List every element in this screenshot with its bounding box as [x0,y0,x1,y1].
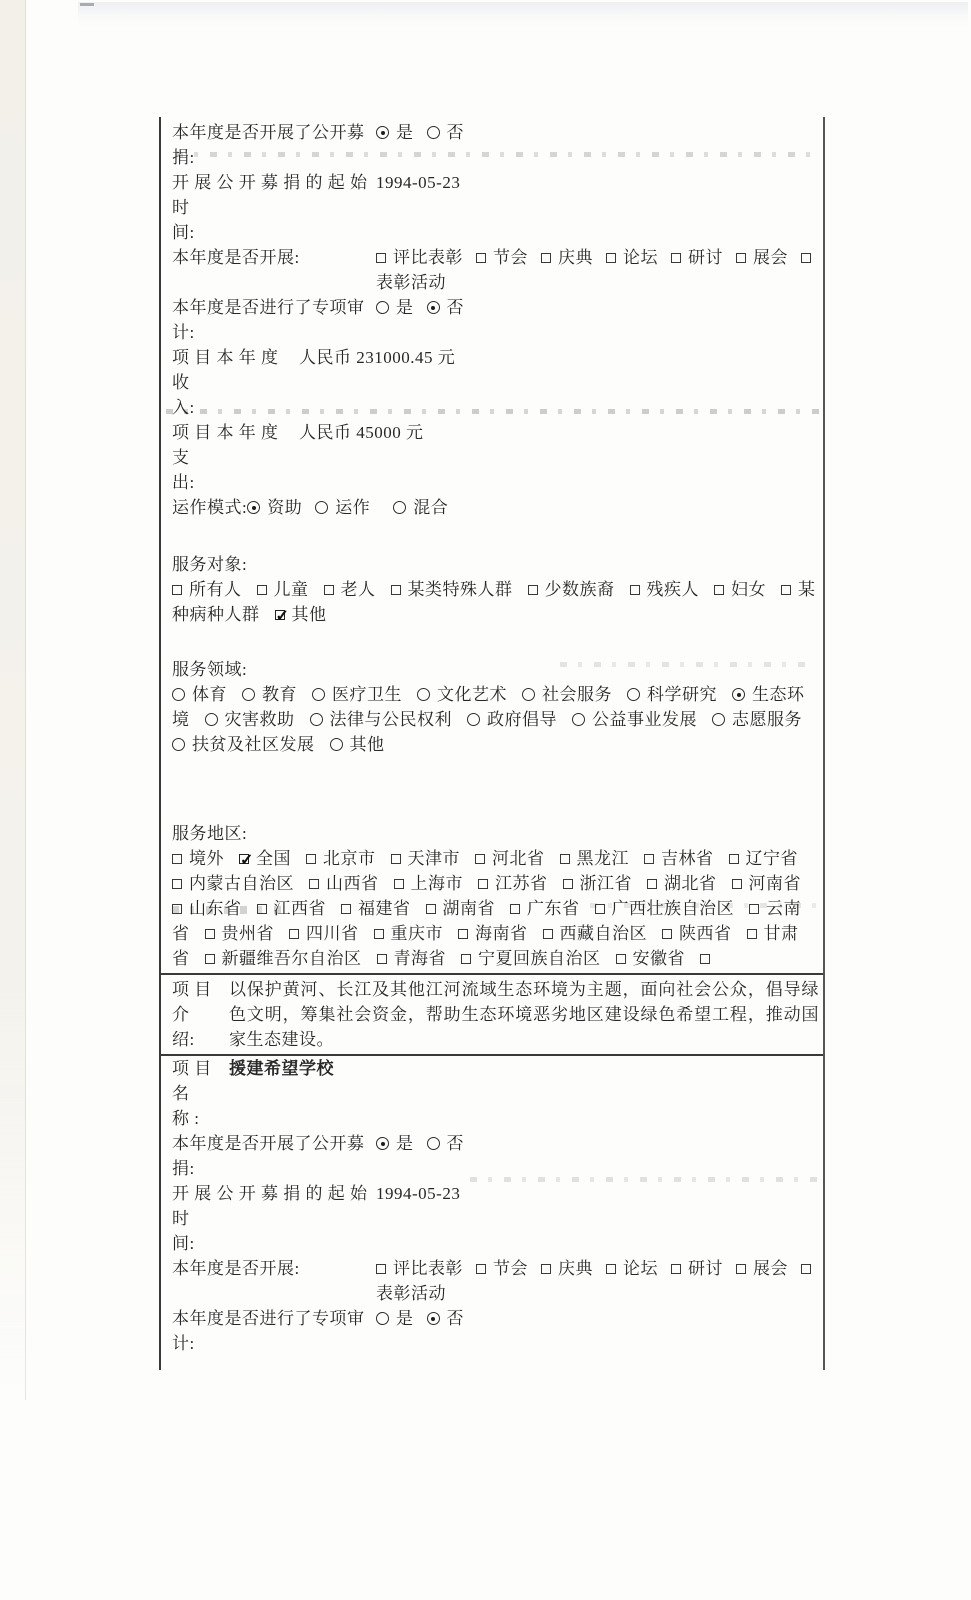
checkbox-option[interactable]: 山西省 [309,874,379,893]
public-fundraising-q1-value: 是否 [376,120,819,170]
checkbox-option[interactable]: 少数族裔 [528,580,615,599]
checkbox-icon [662,929,672,939]
checkbox-option[interactable]: 青海省 [377,949,447,968]
checkbox-icon [781,585,791,595]
checkbox-icon [478,879,488,889]
option-label: 其他 [350,735,385,754]
checkbox-icon [172,879,182,889]
option-label: 否 [447,1309,465,1328]
radio-option[interactable]: 体育 [172,685,227,704]
checkbox-icon [700,954,710,964]
checkbox-checked-icon [275,610,285,620]
option-label: 庆典 [558,1259,593,1278]
row-fundraising-start-date-2: 开 展 公 开 募 捐 的 起 始 时 间:1994-05-23 [161,1181,823,1256]
radio-option[interactable]: 混合 [393,498,448,517]
radio-checked-icon [732,688,745,701]
checkbox-icon [341,904,351,914]
option-label: 境外 [189,849,224,868]
radio-icon [310,713,323,726]
project-annual-income-label: 项 目 本 年 度 收 入: [172,345,299,420]
option-label: 是 [396,1309,414,1328]
row-project-intro: 项 目 介 绍:以保护黄河、长江及其他江河流域生态环境为主题，面向社会公众，倡导… [161,973,823,1056]
option-label: 研讨 [688,248,723,267]
annual-report-form-table: 本年度是否开展了公开募 捐:是否开 展 公 开 募 捐 的 起 始 时 间:19… [159,117,825,1370]
option-label: 某类特殊人群 [408,580,513,599]
checkbox-icon [172,585,182,595]
checkbox-icon [647,879,657,889]
option-label: 宁夏回族自治区 [478,949,601,968]
radio-option[interactable]: 政府倡导 [467,710,557,729]
radio-option[interactable]: 否 [427,1134,465,1153]
checkbox-option[interactable]: 黑龙江 [560,849,630,868]
checkbox-option[interactable]: 境外 [172,849,224,868]
service-regions-options: 境外全国北京市天津市河北省黑龙江吉林省辽宁省内蒙古自治区山西省上海市江苏省浙江省… [172,846,819,971]
checkbox-option[interactable]: 贵州省 [205,924,275,943]
option-label: 吉林省 [661,849,714,868]
option-label: 否 [447,1134,465,1153]
row-activities-carried-out-1: 本年度是否开展:评比表彰节会庆典论坛研讨展会表彰活动 [161,245,823,295]
option-label: 体育 [192,685,227,704]
radio-icon [172,738,185,751]
option-label: 社会服务 [542,685,612,704]
checkbox-option[interactable]: 论坛 [606,248,658,267]
radio-option[interactable]: 科学研究 [627,685,717,704]
option-label: 展会 [753,248,788,267]
checkbox-option[interactable]: 浙江省 [563,874,633,893]
project-intro-label: 项 目 介 绍: [172,977,229,1052]
radio-option[interactable]: 其他 [330,735,385,754]
option-label: 研讨 [688,1259,723,1278]
checkbox-option[interactable]: 安徽省 [616,949,686,968]
radio-checked-icon [427,301,440,314]
option-label: 黑龙江 [577,849,630,868]
project-annual-expense-value: 人民币 45000 元 [299,420,819,495]
radio-option[interactable]: 志愿服务 [712,710,802,729]
radio-icon [427,126,440,139]
option-label: 表彰活动 [376,1284,446,1303]
radio-option[interactable]: 运作 [315,498,370,517]
checkbox-icon [563,879,573,889]
checkbox-option[interactable]: 展会 [736,248,788,267]
option-label: 论坛 [623,248,658,267]
row-operation-mode: 运作模式:资助运作混合 [161,495,823,520]
option-label: 老人 [341,580,376,599]
checkbox-icon [541,253,551,263]
option-label: 贵州省 [222,924,275,943]
fundraising-start-date-2-text[interactable]: 1994-05-23 [376,1184,460,1203]
fundraising-start-date-1-label: 开 展 公 开 募 捐 的 起 始 时 间: [172,170,376,245]
checkbox-icon [616,954,626,964]
option-label: 四川省 [306,924,359,943]
checkbox-option[interactable]: 研讨 [671,248,723,267]
checkbox-icon [461,954,471,964]
checkbox-option[interactable]: 天津市 [391,849,461,868]
radio-option[interactable]: 资助 [247,498,302,517]
checkbox-option[interactable]: 江西省 [257,899,327,918]
checkbox-icon [324,585,334,595]
radio-checked-icon [376,126,389,139]
checkbox-option[interactable]: 辽宁省 [729,849,799,868]
option-label: 浙江省 [580,874,633,893]
fundraising-start-date-1-text[interactable]: 1994-05-23 [376,173,460,192]
checkbox-option[interactable]: 展会 [736,1259,788,1278]
checkbox-icon [560,854,570,864]
option-label: 广西壮族自治区 [612,899,735,918]
project-annual-expense-text: 人民币 45000 元 [299,423,424,442]
option-label: 天津市 [408,849,461,868]
option-label: 文化艺术 [437,685,507,704]
radio-icon [427,1137,440,1150]
option-label: 资助 [267,498,302,517]
checkbox-option[interactable] [700,949,717,968]
option-label: 江西省 [274,899,327,918]
radio-icon [417,688,430,701]
option-label: 是 [396,298,414,317]
checkbox-icon [391,585,401,595]
checkbox-option[interactable]: 新疆维吾尔自治区 [205,949,362,968]
checkbox-checked-icon [239,854,249,864]
option-label: 全国 [256,849,291,868]
option-label: 辽宁省 [746,849,799,868]
checkbox-icon [377,954,387,964]
checkbox-option[interactable]: 吉林省 [644,849,714,868]
checkbox-option[interactable]: 论坛 [606,1259,658,1278]
option-label: 节会 [493,1259,528,1278]
radio-icon [712,713,725,726]
checkbox-icon [257,585,267,595]
radio-icon [627,688,640,701]
project-intro-text: 以保护黄河、长江及其他江河流域生态环境为主题，面向社会公众，倡导绿色文明，筹集社… [229,980,819,1049]
radio-icon [330,738,343,751]
checkbox-icon [306,854,316,864]
radio-option[interactable]: 灾害救助 [205,710,295,729]
activities-carried-out-1-value: 评比表彰节会庆典论坛研讨展会表彰活动 [376,245,819,295]
radio-option[interactable]: 否 [427,298,465,317]
option-label: 论坛 [623,1259,658,1278]
option-label: 展会 [753,1259,788,1278]
radio-option[interactable]: 是 [376,1309,414,1328]
option-label: 其他 [292,605,327,624]
checkbox-icon [476,1264,486,1274]
option-label: 评比表彰 [393,248,463,267]
project-annual-income-text: 人民币 231000.45 元 [299,348,455,367]
checkbox-icon [426,904,436,914]
checkbox-icon [606,1264,616,1274]
radio-checked-icon [247,501,260,514]
checkbox-icon [376,253,386,263]
radio-option[interactable]: 否 [427,1309,465,1328]
checkbox-option[interactable]: 评比表彰 [376,1259,463,1278]
option-label: 混合 [413,498,448,517]
radio-option[interactable]: 教育 [242,685,297,704]
row-project-annual-expense: 项 目 本 年 度 支 出:人民币 45000 元 [161,420,823,495]
checkbox-icon [541,1264,551,1274]
option-label: 内蒙古自治区 [189,874,294,893]
option-label: 青海省 [394,949,447,968]
checkbox-option[interactable]: 山东省 [172,899,242,918]
option-label: 陕西省 [679,924,732,943]
checkbox-option[interactable]: 庆典 [541,1259,593,1278]
checkbox-icon [391,854,401,864]
option-label: 否 [447,298,465,317]
fundraising-start-date-2-value: 1994-05-23 [376,1181,819,1256]
row-public-fundraising-q2: 本年度是否开展了公开募 捐:是否 [161,1131,823,1181]
row-fundraising-start-date-1: 开 展 公 开 募 捐 的 起 始 时 间:1994-05-23 [161,170,823,245]
radio-icon [376,1312,389,1325]
radio-icon [522,688,535,701]
checkbox-option[interactable]: 节会 [476,248,528,267]
operation-mode-label: 运作模式: [172,498,247,517]
scan-artifact [78,2,968,28]
radio-icon [393,501,406,514]
activities-carried-out-2-label: 本年度是否开展: [172,1256,376,1306]
option-label: 北京市 [323,849,376,868]
row-public-fundraising-q1: 本年度是否开展了公开募 捐:是否 [161,120,823,170]
checkbox-icon [747,929,757,939]
checkbox-icon [801,253,811,263]
project-annual-expense-label: 项 目 本 年 度 支 出: [172,420,299,495]
checkbox-option[interactable]: 河北省 [475,849,545,868]
checkbox-option[interactable]: 上海市 [394,874,464,893]
project-name-text[interactable]: 援建希望学校 [229,1059,334,1078]
checkbox-icon [528,585,538,595]
radio-checked-icon [427,1312,440,1325]
project-name-label: 项 目 名 称 : [172,1056,229,1131]
checkbox-option[interactable]: 所有人 [172,580,242,599]
checkbox-option[interactable]: 湖南省 [426,899,496,918]
checkbox-icon [644,854,654,864]
option-label: 庆典 [558,248,593,267]
radio-option[interactable]: 公益事业发展 [572,710,697,729]
option-label: 扶贫及社区发展 [192,735,315,754]
checkbox-option[interactable]: 陕西省 [662,924,732,943]
checkbox-option[interactable]: 重庆市 [374,924,444,943]
option-label: 是 [396,123,414,142]
checkbox-icon [671,1264,681,1274]
checkbox-option[interactable]: 残疾人 [630,580,700,599]
checkbox-icon [671,253,681,263]
option-label: 节会 [493,248,528,267]
radio-icon [242,688,255,701]
checkbox-icon [595,904,605,914]
public-fundraising-q1-label: 本年度是否开展了公开募 捐: [172,120,376,170]
checkbox-option[interactable]: 庆典 [541,248,593,267]
option-label: 残疾人 [647,580,700,599]
checkbox-icon [736,253,746,263]
checkbox-option[interactable]: 其他 [275,605,327,624]
option-label: 否 [447,123,465,142]
option-label: 是 [396,1134,414,1153]
special-audit-q2-label: 本年度是否进行了专项审 计: [172,1306,376,1356]
service-targets-options: 所有人儿童老人某类特殊人群少数族裔残疾人妇女某种病种人群其他 [172,577,819,627]
radio-icon [205,713,218,726]
project-annual-income-value: 人民币 231000.45 元 [299,345,819,420]
special-audit-q1-value: 是否 [376,295,819,345]
option-label: 湖北省 [664,874,717,893]
checkbox-option[interactable]: 全国 [239,849,291,868]
option-label: 运作 [335,498,370,517]
checkbox-icon [172,904,182,914]
fundraising-start-date-2-label: 开 展 公 开 募 捐 的 起 始 时 间: [172,1181,376,1256]
option-label: 新疆维吾尔自治区 [222,949,362,968]
checkbox-icon [376,1264,386,1274]
checkbox-icon [205,929,215,939]
service-targets-label: 服务对象: [172,552,819,577]
checkbox-icon [257,904,267,914]
radio-option[interactable]: 否 [427,123,465,142]
option-label: 灾害救助 [225,710,295,729]
option-label: 政府倡导 [487,710,557,729]
option-label: 医疗卫生 [332,685,402,704]
row-service-domains: 服务领域:体育教育医疗卫生文化艺术社会服务科学研究生态环境灾害救助法律与公民权利… [161,657,823,757]
option-label: 湖南省 [443,899,496,918]
checkbox-option[interactable]: 北京市 [306,849,376,868]
checkbox-icon [374,929,384,939]
checkbox-option[interactable]: 广东省 [510,899,580,918]
row-project-name: 项 目 名 称 :援建希望学校 [161,1056,823,1131]
checkbox-icon [458,929,468,939]
fundraising-start-date-1-value: 1994-05-23 [376,170,819,245]
radio-option[interactable]: 是 [376,123,414,142]
radio-option[interactable]: 社会服务 [522,685,612,704]
row-service-targets: 服务对象:所有人儿童老人某类特殊人群少数族裔残疾人妇女某种病种人群其他 [161,552,823,627]
activities-carried-out-1-label: 本年度是否开展: [172,245,376,295]
option-label: 上海市 [411,874,464,893]
radio-option[interactable]: 是 [376,298,414,317]
checkbox-icon [476,253,486,263]
option-label: 志愿服务 [732,710,802,729]
checkbox-icon [729,854,739,864]
row-special-audit-q2: 本年度是否进行了专项审 计:是否 [161,1306,823,1356]
checkbox-option[interactable]: 某类特殊人群 [391,580,513,599]
radio-icon [376,301,389,314]
option-label: 河南省 [749,874,802,893]
checkbox-option[interactable]: 研讨 [671,1259,723,1278]
radio-icon [172,688,185,701]
checkbox-icon [736,1264,746,1274]
checkbox-option[interactable]: 广西壮族自治区 [595,899,735,918]
project-name-value: 援建希望学校 [229,1056,819,1131]
checkbox-icon [543,929,553,939]
option-label: 法律与公民权利 [330,710,453,729]
option-label: 西藏自治区 [560,924,648,943]
option-label: 海南省 [475,924,528,943]
checkbox-icon [475,854,485,864]
option-label: 所有人 [189,580,242,599]
checkbox-option[interactable]: 评比表彰 [376,248,463,267]
option-label: 山西省 [326,874,379,893]
radio-option[interactable]: 是 [376,1134,414,1153]
option-label: 表彰活动 [376,273,446,292]
service-domains-options: 体育教育医疗卫生文化艺术社会服务科学研究生态环境灾害救助法律与公民权利政府倡导公… [172,682,819,757]
scan-artifact [80,3,94,6]
radio-option[interactable]: 扶贫及社区发展 [172,735,315,754]
checkbox-option[interactable]: 儿童 [257,580,309,599]
checkbox-option[interactable]: 江苏省 [478,874,548,893]
row-project-annual-income: 项 目 本 年 度 收 入:人民币 231000.45 元 [161,345,823,420]
radio-icon [572,713,585,726]
checkbox-option[interactable]: 西藏自治区 [543,924,648,943]
radio-option[interactable]: 法律与公民权利 [310,710,453,729]
checkbox-option[interactable]: 海南省 [458,924,528,943]
radio-option[interactable]: 文化艺术 [417,685,507,704]
checkbox-icon [205,954,215,964]
checkbox-icon [172,854,182,864]
option-label: 广东省 [527,899,580,918]
checkbox-icon [309,879,319,889]
checkbox-icon [714,585,724,595]
public-fundraising-q2-value: 是否 [376,1131,819,1181]
checkbox-option[interactable]: 宁夏回族自治区 [461,949,601,968]
option-label: 教育 [262,685,297,704]
radio-icon [467,713,480,726]
project-intro-value: 以保护黄河、长江及其他江河流域生态环境为主题，面向社会公众，倡导绿色文明，筹集社… [229,977,819,1052]
checkbox-icon [749,904,759,914]
checkbox-option[interactable]: 湖北省 [647,874,717,893]
option-label: 公益事业发展 [592,710,697,729]
option-label: 妇女 [731,580,766,599]
checkbox-icon [732,879,742,889]
option-label: 福建省 [358,899,411,918]
checkbox-icon [630,585,640,595]
option-label: 儿童 [274,580,309,599]
radio-option[interactable]: 医疗卫生 [312,685,402,704]
checkbox-icon [394,879,404,889]
option-label: 少数族裔 [545,580,615,599]
option-label: 科学研究 [647,685,717,704]
special-audit-q1-label: 本年度是否进行了专项审 计: [172,295,376,345]
checkbox-icon [801,1264,811,1274]
option-label: 江苏省 [495,874,548,893]
option-label: 河北省 [492,849,545,868]
public-fundraising-q2-label: 本年度是否开展了公开募 捐: [172,1131,376,1181]
checkbox-icon [606,253,616,263]
radio-icon [312,688,325,701]
checkbox-icon [289,929,299,939]
option-label: 评比表彰 [393,1259,463,1278]
checkbox-option[interactable]: 妇女 [714,580,766,599]
row-special-audit-q1: 本年度是否进行了专项审 计:是否 [161,295,823,345]
checkbox-option[interactable]: 老人 [324,580,376,599]
checkbox-option[interactable]: 四川省 [289,924,359,943]
radio-checked-icon [376,1137,389,1150]
option-label: 安徽省 [633,949,686,968]
option-label: 重庆市 [391,924,444,943]
row-activities-carried-out-2: 本年度是否开展:评比表彰节会庆典论坛研讨展会表彰活动 [161,1256,823,1306]
radio-icon [315,501,328,514]
service-domains-label: 服务领域: [172,657,819,682]
option-label: 山东省 [189,899,242,918]
row-service-regions: 服务地区:境外全国北京市天津市河北省黑龙江吉林省辽宁省内蒙古自治区山西省上海市江… [161,821,823,971]
special-audit-q2-value: 是否 [376,1306,819,1356]
checkbox-option[interactable]: 福建省 [341,899,411,918]
scan-left-edge [0,0,26,1400]
checkbox-icon [510,904,520,914]
service-regions-label: 服务地区: [172,821,819,846]
activities-carried-out-2-value: 评比表彰节会庆典论坛研讨展会表彰活动 [376,1256,819,1306]
checkbox-option[interactable]: 节会 [476,1259,528,1278]
checkbox-option[interactable]: 河南省 [732,874,802,893]
checkbox-option[interactable]: 内蒙古自治区 [172,874,294,893]
